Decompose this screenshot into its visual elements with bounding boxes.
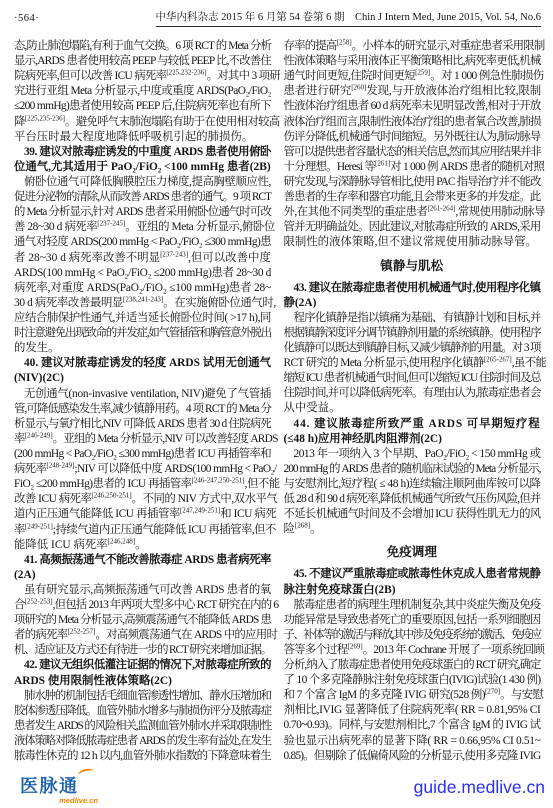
recommendation-heading-line: (≤48 h)应用神经肌肉阻滞剂(2C)	[284, 432, 541, 447]
recommendation-heading-line: 39. 建议对脓毒症诱发的中重度 ARDS 患者使用俯卧	[14, 145, 271, 160]
citation-superscript: [252-257]	[68, 628, 96, 636]
body-text-line: 时注意避免出现致命的并发症,如气管插管和胸管意外脱出	[14, 326, 271, 341]
body-text-line: ≤200 mmHg)患者使用较高 PEEP 后,住院病死率也有所下	[14, 99, 271, 114]
article-column-right: 存率的提高[258]。小样本的研究显示,对重症患者采用限制性液体策略与采用液体正…	[284, 39, 541, 764]
citation-superscript: [246,250-251]	[91, 492, 131, 500]
body-text-line: 200 mmHg 的 ARDS 患者的随机临床试验的 Meta 分析显示,	[284, 462, 541, 477]
citation-superscript: [265-267]	[484, 356, 512, 364]
citation-superscript: [252-253]	[25, 598, 53, 606]
body-text-line: 病死率[248-249];NIV 可以降低中度 ARDS(100 mmHg < …	[14, 462, 271, 477]
body-text-line: 了 10 个多克隆静脉注射免疫球蛋白(IVIG)试验(1 430 例)	[284, 673, 541, 688]
body-text-line: 液体策略对降低脓毒症患者 ARDS 的发生率有益处,在发生	[14, 734, 271, 749]
body-text-line: 存率的提高[258]。小样本的研究显示,对重症患者采用限制	[284, 39, 541, 54]
citation-superscript: [246-249]	[25, 431, 53, 439]
body-text-line: ARDS(100 mmHg < PaO₂/FiO₂ ≤200 mmHg)患者 2…	[14, 266, 271, 281]
recommendation-heading-line: (NIV)(2C)	[14, 371, 271, 386]
citation-superscript: [258]	[336, 39, 351, 47]
recommendation-heading-line: 44. 建议脓毒症所致严重 ARDS 可早期短疗程	[284, 417, 541, 432]
page-header: ·564· 中华内科杂志 2015 年 6 月第 54 卷第 6 期 Chin …	[0, 0, 553, 27]
body-text-line: (200 mmHg < PaO₂/FiO₂ ≤300 mmHg)患者 ICU 再…	[14, 447, 271, 462]
recommendation-heading-line: 脉注射免疫球蛋白(2B)	[284, 583, 541, 598]
citation-superscript: [261]	[375, 159, 390, 167]
recommendation-heading-line: 43. 建议在脓毒症患者使用机械通气时,使用程序化镇	[284, 281, 541, 296]
citation-superscript: [269]	[348, 642, 363, 650]
body-text-line: 平台压时最大程度地降低呼吸机引起的肺损伤。	[14, 130, 271, 145]
citation-superscript: [261-264]	[427, 205, 455, 213]
citation-superscript: [225,235-236]	[25, 114, 65, 122]
article-body: 态,防止肺泡塌陷,有利于血气交换。6 项 RCT 的 Meta 分析显示,ARD…	[0, 27, 553, 764]
body-text-line: 态,防止肺泡塌陷,有利于血气交换。6 项 RCT 的 Meta 分析	[14, 39, 271, 54]
section-title: 镇静与肌松	[284, 258, 541, 275]
body-text-line: 子、补体等的激活与释放,其中涉及免疫系统的激活、免疫应	[284, 628, 541, 643]
body-text-line: 胶体渗透压降低。血管外肺水增多与肺损伤评分及脓毒症	[14, 704, 271, 719]
body-text-line: 患者进行研究[260]发现,与开放液体治疗组相比较,限制	[284, 84, 541, 99]
citation-superscript: [237-245]	[97, 220, 125, 228]
body-text-line: 应结合肺保护性通气,并适当延长俯卧位时间( >17 h),同	[14, 311, 271, 326]
citation-superscript: [260]	[351, 84, 366, 92]
citation-superscript: [246-247,250-251]	[192, 477, 245, 485]
body-text-line: 不延长机械通气时间及不会增加 ICU 获得性肌无力的风	[284, 507, 541, 522]
recommendation-heading-line: 静(2A)	[284, 296, 541, 311]
recommendation-heading-line: 45. 不建议严重脓毒症或脓毒性休克成人患者常规静	[284, 567, 541, 582]
body-text-line: 通气时间更短,住院时间更短[259]。对 1 000 例急性肺损伤	[284, 69, 541, 84]
page-number: ·564·	[14, 13, 39, 27]
recommendation-heading-line: 41. 高频振荡通气不能改善脓毒症 ARDS 患者病死率	[14, 553, 271, 568]
body-text-line: 院病死率,但可以改善 ICU 病死率[225,232-236]。对其中 3 项研	[14, 69, 271, 84]
body-text-line: 验也显示出病死率的显著下降( RR = 0.66,95% CI 0.51~	[284, 734, 541, 749]
body-text-line: 俯卧位通气可降低胸膜腔压力梯度,提高胸壁顺应性,	[14, 175, 271, 190]
recommendation-heading-line: ARDS 使用限制性液体策略(2C)	[14, 674, 271, 689]
body-text-line: 限制性的液体策略,但不建议常规使用肺动脉导管。	[284, 235, 541, 250]
recommendation-heading-line: 位通气,尤其适用于 PaO₂/FiO₂ <100 mmHg 患者(2B)	[14, 160, 271, 175]
body-text-line: 性液体治疗组患者 60 d 病死率未见明显改善,相对于开放	[284, 99, 541, 114]
body-text-line: 率[249-251];持续气道内正压通气能降低 ICU 再插管率,但不	[14, 523, 271, 538]
citation-superscript: [249-251]	[25, 522, 53, 530]
body-text-line: 肺水肿的机制包括毛细血管渗透性增加、静水压增加和	[14, 689, 271, 704]
body-text-line: 答等多个过程[269]。2013 年 Cochrane 开展了一项系统回顾	[284, 643, 541, 658]
body-text-line: 合[252-253],但包括 2013 年两项大型多中心 RCT 研究在内的 6	[14, 598, 271, 613]
body-text-line: 道内正压通气能降低 ICU 再插管率[247,249-251]和 ICU 病死	[14, 507, 271, 522]
body-text-line: 化镇静可以既达到镇静目标,又减少镇静剂的用量。对 3 项	[284, 341, 541, 356]
body-text-line: 液体治疗组而言,限制性液体治疗组的患者氧合改善,肺损	[284, 115, 541, 130]
body-text-line: 虽有研究显示,高频振荡通气可改善 ARDS 患者的氧	[14, 583, 271, 598]
body-text-line: 机、适应证及方式还有待进一步的 RCT 研究来增加证据。	[14, 643, 271, 658]
body-text-line: 2013 年一项纳入 3 个早期、PaO₂/FiO₂ < 150 mmHg 或	[284, 447, 541, 462]
section-title: 免疫调理	[284, 544, 541, 561]
citation-superscript: [247,249-251]	[180, 507, 220, 515]
journal-citation: 中华内科杂志 2015 年 6 月第 54 卷第 6 期 Chin J Inte…	[156, 9, 542, 27]
body-text-line: 0.85)。但剔除了低偏倚风险的分析显示,使用多克隆 IVIG	[284, 749, 541, 764]
body-text-line: 十分理想。Heresi 等[261]对 1 000 例 ARDS 患者的随机对照	[284, 160, 541, 175]
body-text-line: 病死率,对重度 ARDS(PaO₂/FiO₂ ≤100 mmHg)患者 28~	[14, 281, 271, 296]
article-column-left: 态,防止肺泡塌陷,有利于血气交换。6 项 RCT 的 Meta 分析显示,ARD…	[14, 39, 271, 764]
body-text-line: 程序化镇静是指以镇痛为基础、有镇静计划和目标,并	[284, 311, 541, 326]
body-text-line: 促进分泌物的清除,从而改善 ARDS 患者的通气。9 项 RCT	[14, 190, 271, 205]
body-text-line: 低 28 d 和 90 d 病死率,降低机械通气所致气压伤风险,但并	[284, 492, 541, 507]
recommendation-heading-line: 40. 建议对脓毒症诱发的轻度 ARDS 试用无创通气	[14, 356, 271, 371]
guide-watermark: guide.medlive.cn	[414, 777, 545, 798]
body-text-line: 通气对轻度 ARDS(200 mmHg < PaO₂/FiO₂ ≤300 mmH…	[14, 235, 271, 250]
citation-superscript: [238,241-243]	[123, 295, 163, 303]
citation-superscript: [248-249]	[46, 462, 74, 470]
recommendation-heading-line: 42. 建议无组织低灌注证据的情况下,对脓毒症所致的	[14, 658, 271, 673]
body-text-line: 伤评分降低,机械通气时间缩短。另外既往认为,肺动脉导	[284, 130, 541, 145]
body-text-line: 显示,ARDS 患者使用较高 PEEP 与较低 PEEP 比,不改善住	[14, 54, 271, 69]
body-text-line: 30 d 病死率改善最明显[238,241-243]。在实施俯卧位通气时,	[14, 296, 271, 311]
body-text-line: 研究发现,与深静脉导管相比,使用 PAC 指导治疗并不能改	[284, 175, 541, 190]
body-text-line: 缩短 ICU 患者机械通气时间,但可以缩短 ICU 住院时间及总	[284, 371, 541, 386]
citation-superscript: [237-243]	[160, 250, 188, 258]
body-text-line: 管,可降低感染发生率,减少镇静用药。4 项 RCT 的 Meta 分	[14, 402, 271, 417]
body-text-line: 管可以提供患者容量状态的相关信息,然而其应用结果并非	[284, 145, 541, 160]
body-text-line: 分析,纳入了脓毒症患者使用免疫球蛋白的 RCT 研究,确定	[284, 658, 541, 673]
body-text-line: 管并无明确益处。因此建议,对脓毒症所致的 ARDS,采用	[284, 220, 541, 235]
citation-superscript: [246,248]	[108, 537, 135, 545]
body-text-line: 根据镇静深度评分调节镇静剂用量的系统镇静。使用程序	[284, 326, 541, 341]
body-text-line: 险[268]。	[284, 522, 541, 537]
body-text-line: 改善 ICU 病死率[246,250-251]。不同的 NIV 方式中,双水平气	[14, 492, 271, 507]
body-text-line: 降[225,235-236]。避免呼气末肺泡塌陷有助于在使用相对较高	[14, 115, 271, 130]
body-text-line: RCT 研究的 Meta 分析显示,使用程序化镇静[265-267],虽不能	[284, 356, 541, 371]
body-text-line: 患者发生 ARDS 的风险相关,监测血管外肺水并采取限制性	[14, 719, 271, 734]
body-text-line: 剂相比,IVIG 显著降低了住院病死率( RR = 0.81,95% CI	[284, 703, 541, 718]
citation-superscript: [270]	[485, 688, 500, 696]
body-text-line: 脓毒症患者的病理生理机制复杂,其中炎症失衡及免疫	[284, 598, 541, 613]
body-text-line: 功能异常是导致患者死亡的重要原因,包括一系列细胞因	[284, 613, 541, 628]
citation-superscript: [225,232-236]	[166, 69, 206, 77]
body-text-line: 项研究的 Meta 分析显示,高频震荡通气不能降低 ARDS 患	[14, 613, 271, 628]
body-text-line: 与安慰剂比,短疗程( ≤ 48 h)连续输注顺阿曲库铵可以降	[284, 477, 541, 492]
body-text-line: 无创通气(non-invasive ventilation, NIV)避免了气管…	[14, 387, 271, 402]
medlive-logo: 医脉通 medlive.cn	[20, 772, 100, 805]
recommendation-heading-line: (2A)	[14, 568, 271, 583]
body-text-line: FiO₂ ≤200 mmHg)患者的 ICU 再插管率[246-247,250-…	[14, 477, 271, 492]
body-text-line: 究进行亚组 Meta 分析显示,中度或重度 ARDS(PaO₂/FiO₂	[14, 84, 271, 99]
body-text-line: 和 7 个富含 IgM 的多克隆 IVIG 研究(528 例)[270]。与安慰	[284, 688, 541, 703]
body-text-line: 的发生。	[14, 341, 271, 356]
citation-superscript: [268]	[295, 522, 310, 530]
body-text-line: 者 28~30 d 病死率改善不明显[237-243],但可以改善中度	[14, 251, 271, 266]
body-text-line: 能降低 ICU 病死率[246,248]。	[14, 538, 271, 553]
body-text-line: 的 Meta 分析显示,针对 ARDS 患者采用俯卧位通气时可改	[14, 205, 271, 220]
journal-page: { "header": { "page_number": "·564·", "j…	[0, 0, 553, 808]
body-text-line: 善 28~30 d 病死率[237-245]。亚组的 Meta 分析显示,俯卧位	[14, 220, 271, 235]
body-text-line: 性液体策略与采用液体正平衡策略相比,病死率更低,机械	[284, 54, 541, 69]
body-text-line: 0.70~0.93)。同样,与安慰剂相比,7 个富含 IgM 的 IVIG 试	[284, 718, 541, 733]
body-text-line: 善患者的生存率和器官功能,且会带来更多的并发症。此	[284, 190, 541, 205]
body-text-line: 住院时间,并可以降低病死率。有理由认为,脓毒症患者会	[284, 386, 541, 401]
body-text-line: 外,在其他不同类型的重症患者[261-264],常规使用肺动脉导	[284, 205, 541, 220]
body-text-line: 率[246-249]。亚组的 Meta 分析显示,NIV 可以改善轻度 ARDS	[14, 432, 271, 447]
citation-superscript: [259]	[415, 69, 430, 77]
body-text-line: 者的病死率[252-257]。对高频震荡通气在 ARDS 中的应用时	[14, 628, 271, 643]
body-text-line: 析显示,与氧疗相比,NIV 可降低 ARDS 患者 30 d 住院病死	[14, 417, 271, 432]
body-text-line: 脓毒性休克的 12 h 以内,血管外肺水指数的下降意味着生	[14, 749, 271, 764]
body-text-line: 从中受益。	[284, 401, 541, 416]
